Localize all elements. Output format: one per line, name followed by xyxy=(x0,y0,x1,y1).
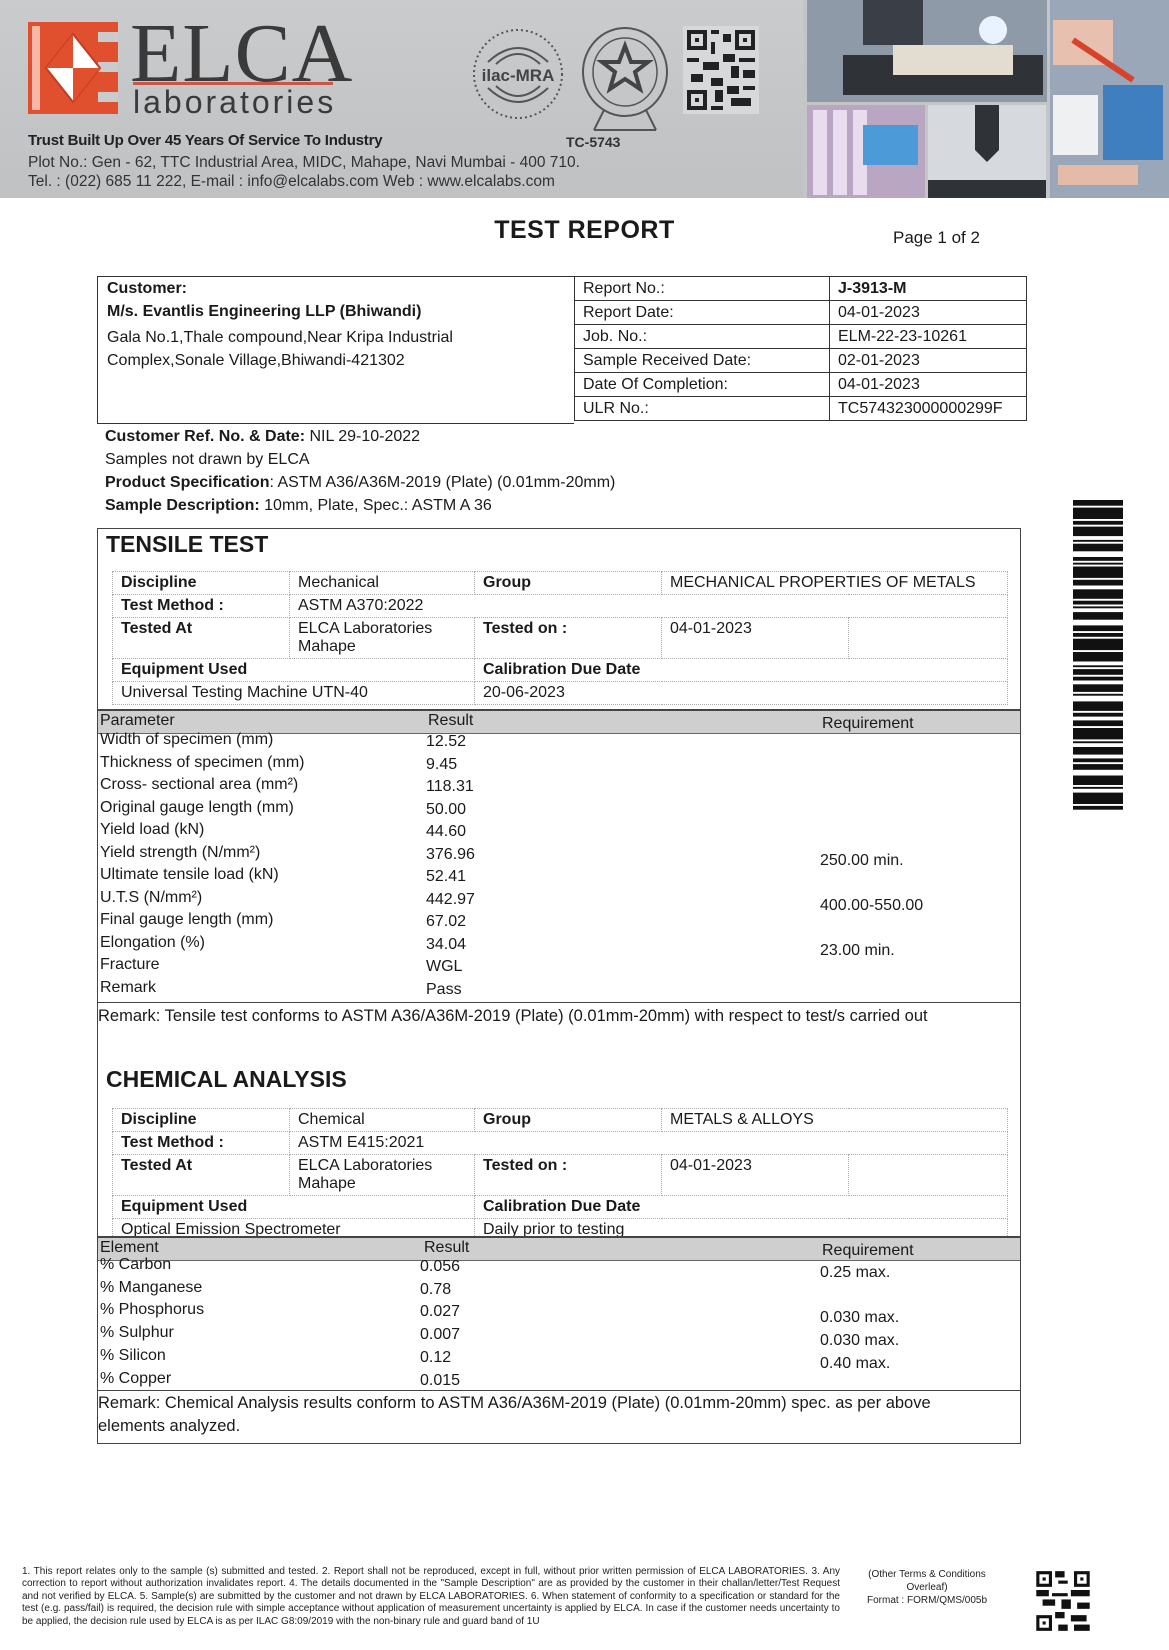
customer-ref-label: Customer Ref. No. & Date: xyxy=(105,428,305,445)
row-result: 0.78 xyxy=(420,1281,451,1299)
row-result: 442.97 xyxy=(426,891,475,909)
tested-on-value: 04-01-2023 xyxy=(662,618,849,659)
row-result: 0.007 xyxy=(420,1326,460,1344)
address-line: Complex,Sonale Village,Bhiwandi-421302 xyxy=(107,349,453,372)
page-number: Page 1 of 2 xyxy=(893,228,980,248)
row-parameter: Thickness of specimen (mm) xyxy=(100,754,305,772)
row-result: 0.027 xyxy=(420,1303,460,1321)
info-row-report-no: Report No.:J-3913-M xyxy=(575,277,1027,301)
product-spec-value: : ASTM A36/A36M-2019 (Plate) (0.01mm-20m… xyxy=(269,474,615,491)
row-result: WGL xyxy=(426,958,462,976)
info-row-received-date: Sample Received Date:02-01-2023 xyxy=(575,349,1027,373)
report-info-table: Report No.:J-3913-M Report Date:04-01-20… xyxy=(574,276,1027,421)
empty-cell xyxy=(849,1155,1008,1196)
group-value: MECHANICAL PROPERTIES OF METALS xyxy=(662,572,1008,595)
row-requirement: 0.25 max. xyxy=(820,1264,890,1282)
row-parameter: Cross- sectional area (mm²) xyxy=(100,776,298,794)
info-key: ULR No.: xyxy=(575,397,830,421)
contact-line: Tel. : (022) 685 11 222, E-mail : info@e… xyxy=(28,172,580,191)
row-parameter: Yield load (kN) xyxy=(100,821,204,839)
row-parameter: Final gauge length (mm) xyxy=(100,911,273,929)
sample-description-value: 10mm, Plate, Spec.: ASTM A 36 xyxy=(260,497,492,514)
row-parameter: Ultimate tensile load (kN) xyxy=(100,866,279,884)
row-result: 67.02 xyxy=(426,913,466,931)
lab-address: Plot No.: Gen - 62, TTC Industrial Area,… xyxy=(28,153,580,191)
row-parameter: Yield strength (N/mm²) xyxy=(100,844,260,862)
barcode-icon xyxy=(1073,500,1123,990)
info-value: 02-01-2023 xyxy=(830,349,1027,373)
samples-note: Samples not drawn by ELCA xyxy=(105,451,310,469)
discipline-value: Chemical xyxy=(290,1109,475,1132)
column-header-result: Result xyxy=(424,1239,469,1257)
product-spec: Product Specification: ASTM A36/A36M-201… xyxy=(105,474,615,492)
qr-code-icon[interactable] xyxy=(1032,1568,1094,1634)
elca-logo-icon xyxy=(28,22,118,114)
tested-on-value: 04-01-2023 xyxy=(662,1155,849,1196)
row-result: 0.12 xyxy=(420,1349,451,1367)
chemical-test-details: Discipline Chemical Group METALS & ALLOY… xyxy=(112,1108,1008,1242)
tested-on-label: Tested on : xyxy=(475,618,662,659)
info-key: Job. No.: xyxy=(575,325,830,349)
report-title: TEST REPORT xyxy=(0,216,1169,245)
terms-note: (Other Terms & Conditions Overleaf) xyxy=(862,1568,992,1594)
tested-at-label: Tested At xyxy=(113,1155,290,1196)
row-result: 50.00 xyxy=(426,801,466,819)
divider xyxy=(98,1390,1020,1391)
equipment-label: Equipment Used xyxy=(113,1196,475,1219)
discipline-label: Discipline xyxy=(113,1109,290,1132)
form-format: Format : FORM/QMS/005b xyxy=(862,1594,992,1607)
accreditation-code: TC-5743 xyxy=(566,134,620,150)
column-header-parameter: Parameter xyxy=(100,712,175,730)
row-requirement: 23.00 min. xyxy=(820,942,895,960)
info-key: Report No.: xyxy=(575,277,830,301)
row-result: 376.96 xyxy=(426,846,475,864)
row-requirement: 0.030 max. xyxy=(820,1332,899,1350)
row-result: 12.52 xyxy=(426,733,466,751)
calibration-label: Calibration Due Date xyxy=(475,659,1008,682)
info-value: 04-01-2023 xyxy=(830,373,1027,397)
customer-name: M/s. Evantlis Engineering LLP (Bhiwandi) xyxy=(107,303,421,321)
product-spec-label: Product Specification xyxy=(105,474,269,491)
row-parameter: Original gauge length (mm) xyxy=(100,799,294,817)
equipment-value: Universal Testing Machine UTN-40 xyxy=(113,682,475,705)
tensile-test-details: Discipline Mechanical Group MECHANICAL P… xyxy=(112,571,1008,705)
chemical-remark: Remark: Chemical Analysis results confor… xyxy=(98,1392,978,1438)
lab-photo-collage xyxy=(803,0,1169,198)
customer-address: Gala No.1,Thale compound,Near Kripa Indu… xyxy=(107,326,453,372)
discipline-label: Discipline xyxy=(113,572,290,595)
customer-ref-value: NIL 29-10-2022 xyxy=(305,428,420,445)
address-line: Gala No.1,Thale compound,Near Kripa Indu… xyxy=(107,326,453,349)
tested-at-value: ELCA Laboratories Mahape xyxy=(290,618,475,659)
row-parameter: Remark xyxy=(100,979,156,997)
row-result: 0.015 xyxy=(420,1372,460,1390)
calibration-label: Calibration Due Date xyxy=(475,1196,1008,1219)
discipline-value: Mechanical xyxy=(290,572,475,595)
row-parameter: % Phosphorus xyxy=(100,1301,204,1319)
footer-notes: 1. This report relates only to the sampl… xyxy=(22,1566,840,1628)
address-line: Plot No.: Gen - 62, TTC Industrial Area,… xyxy=(28,153,580,172)
chemical-analysis-section: CHEMICAL ANALYSIS Discipline Chemical Gr… xyxy=(97,1060,1021,1444)
sample-description-label: Sample Description: xyxy=(105,497,260,514)
group-label: Group xyxy=(475,572,662,595)
info-value: TC574323000000299F xyxy=(830,397,1027,421)
row-parameter: % Carbon xyxy=(100,1256,171,1274)
tested-at-value: ELCA Laboratories Mahape xyxy=(290,1155,475,1196)
column-header-requirement: Requirement xyxy=(822,715,914,733)
row-parameter: Fracture xyxy=(100,956,160,974)
sample-description: Sample Description: 10mm, Plate, Spec.: … xyxy=(105,497,492,515)
info-row-job-no: Job. No.:ELM-22-23-10261 xyxy=(575,325,1027,349)
row-result: 44.60 xyxy=(426,823,466,841)
row-parameter: % Sulphur xyxy=(100,1324,174,1342)
row-result: 34.04 xyxy=(426,936,466,954)
info-row-report-date: Report Date:04-01-2023 xyxy=(575,301,1027,325)
info-key: Sample Received Date: xyxy=(575,349,830,373)
brand-subtitle: laboratories xyxy=(133,84,336,121)
info-value: J-3913-M xyxy=(830,277,1027,301)
test-method-label: Test Method : xyxy=(113,595,290,618)
ilac-mra-logo-icon: ilac-MRA xyxy=(470,26,566,122)
column-header-element: Element xyxy=(100,1239,159,1257)
equipment-label: Equipment Used xyxy=(113,659,475,682)
column-header-requirement: Requirement xyxy=(822,1242,914,1260)
test-method-value: ASTM E415:2021 xyxy=(290,1132,1008,1155)
section-title: CHEMICAL ANALYSIS xyxy=(106,1066,347,1093)
row-parameter: Elongation (%) xyxy=(100,934,205,952)
tensile-test-section: TENSILE TEST Discipline Mechanical Group… xyxy=(97,528,1021,1062)
customer-label: Customer: xyxy=(107,280,187,298)
info-row-completion-date: Date Of Completion:04-01-2023 xyxy=(575,373,1027,397)
column-header-result: Result xyxy=(428,712,473,730)
qr-code-icon[interactable] xyxy=(683,26,759,114)
row-requirement: 400.00-550.00 xyxy=(820,897,923,915)
info-value: 04-01-2023 xyxy=(830,301,1027,325)
row-result: 0.056 xyxy=(420,1258,460,1276)
row-parameter: Width of specimen (mm) xyxy=(100,731,273,749)
customer-ref: Customer Ref. No. & Date: NIL 29-10-2022 xyxy=(105,428,420,446)
row-parameter: % Manganese xyxy=(100,1279,202,1297)
nabl-seal-icon xyxy=(578,24,672,134)
section-title: TENSILE TEST xyxy=(106,531,268,558)
footer-terms: (Other Terms & Conditions Overleaf) Form… xyxy=(862,1568,992,1607)
row-result: 9.45 xyxy=(426,756,457,774)
tested-on-label: Tested on : xyxy=(475,1155,662,1196)
test-method-label: Test Method : xyxy=(113,1132,290,1155)
info-value: ELM-22-23-10261 xyxy=(830,325,1027,349)
group-value: METALS & ALLOYS xyxy=(662,1109,1008,1132)
info-row-ulr-no: ULR No.:TC574323000000299F xyxy=(575,397,1027,421)
tensile-remark: Remark: Tensile test conforms to ASTM A3… xyxy=(98,1005,928,1028)
empty-cell xyxy=(849,618,1008,659)
row-parameter: % Silicon xyxy=(100,1347,166,1365)
svg-text:ilac-MRA: ilac-MRA xyxy=(482,66,555,85)
row-parameter: % Copper xyxy=(100,1370,171,1388)
row-result: Pass xyxy=(426,981,462,999)
tested-at-label: Tested At xyxy=(113,618,290,659)
divider xyxy=(98,1002,1020,1003)
info-key: Report Date: xyxy=(575,301,830,325)
row-requirement: 0.40 max. xyxy=(820,1355,890,1373)
row-result: 52.41 xyxy=(426,868,466,886)
info-key: Date Of Completion: xyxy=(575,373,830,397)
chemical-results-header: Element Result Requirement xyxy=(98,1236,1020,1261)
row-parameter: U.T.S (N/mm²) xyxy=(100,889,202,907)
row-requirement: 0.030 max. xyxy=(820,1309,899,1327)
calibration-value: 20-06-2023 xyxy=(475,682,1008,705)
tagline: Trust Built Up Over 45 Years Of Service … xyxy=(28,132,382,149)
test-method-value: ASTM A370:2022 xyxy=(290,595,1008,618)
row-result: 118.31 xyxy=(426,778,474,796)
group-label: Group xyxy=(475,1109,662,1132)
row-requirement: 250.00 min. xyxy=(820,852,904,870)
